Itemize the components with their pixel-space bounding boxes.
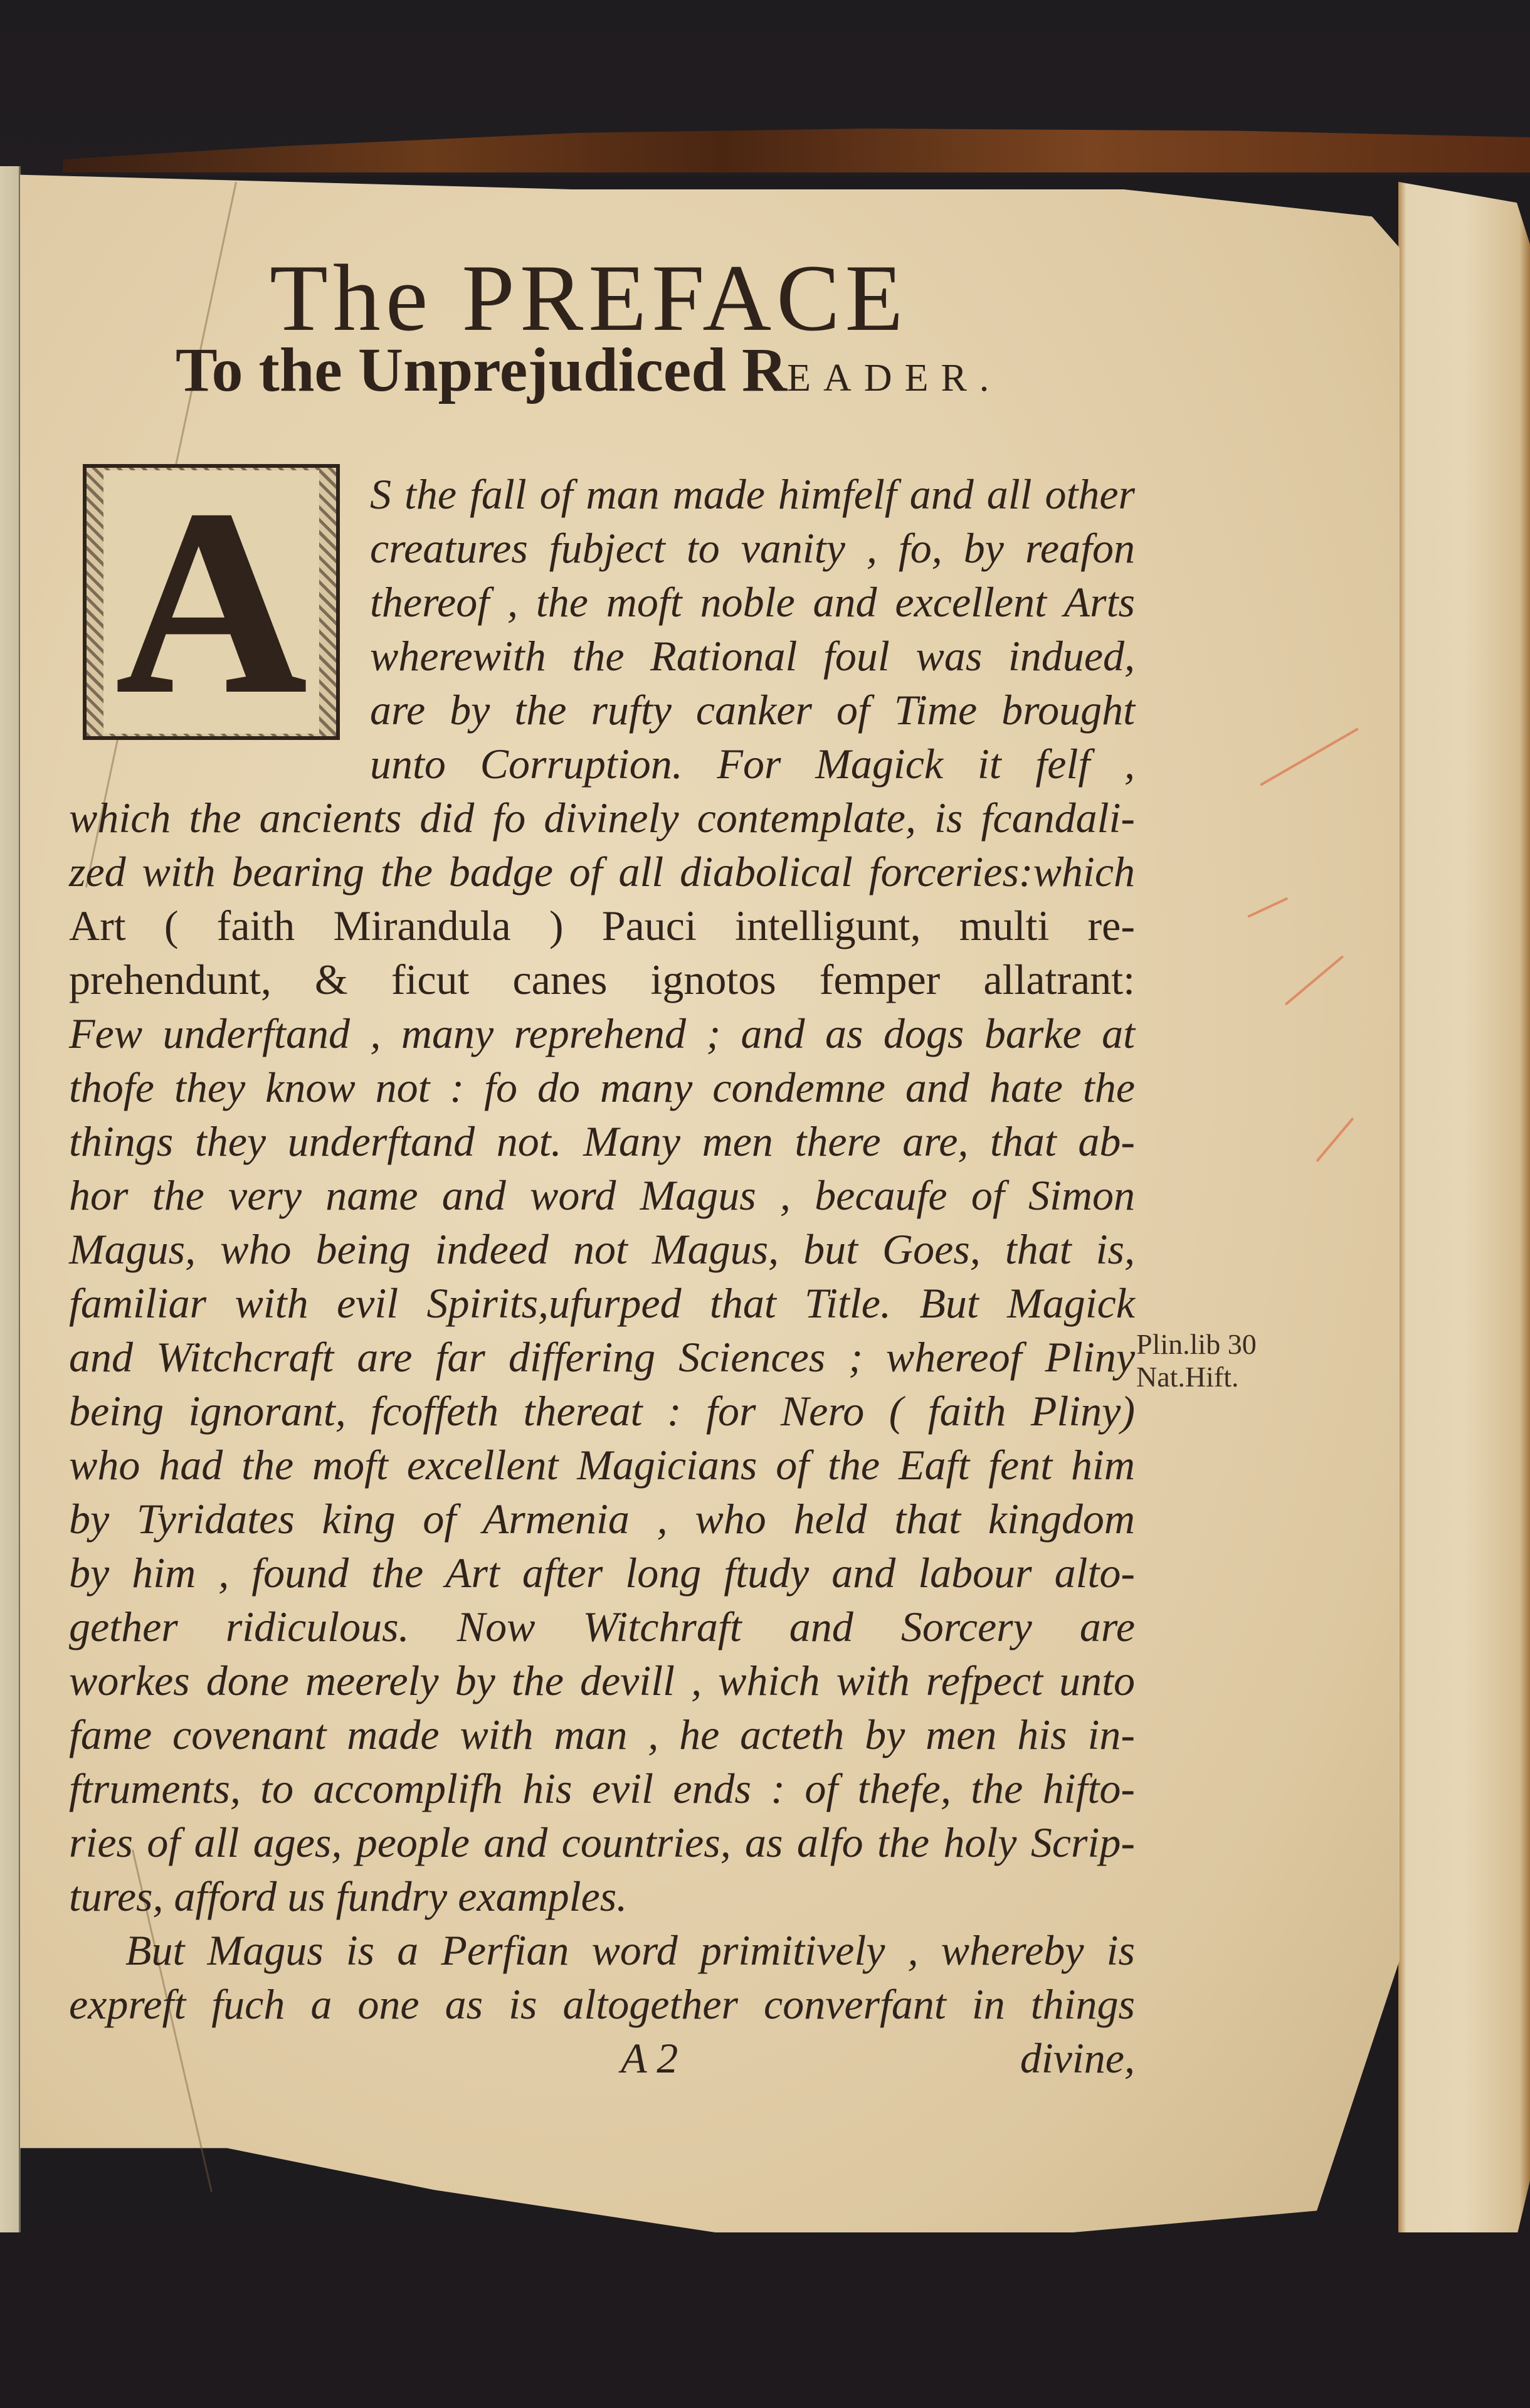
text-line: Few underftand , many reprehend ; and as… <box>69 1006 1135 1060</box>
text-line: tures, afford us fundry examples. <box>69 1869 1135 1923</box>
text-line: S the fall of man made himfelf and all o… <box>370 467 1135 521</box>
preface-body: S the fall of man made himfelf and all o… <box>69 467 1135 2085</box>
page-title: The PREFACE <box>270 248 959 348</box>
page-footer: A 2 divine, <box>69 2031 1135 2085</box>
text-line: thereof , the moft noble and excellent A… <box>370 575 1135 629</box>
text-line: But Magus is a Perfian word primitively … <box>125 1923 1135 1977</box>
text-line: prehendunt, & ficut canes ignotos femper… <box>69 953 1135 1006</box>
text-line: by him , found the Art after long ftudy … <box>69 1546 1135 1600</box>
text-line: zed with bearing the badge of all diabol… <box>69 845 1135 899</box>
signature-mark: A 2 <box>621 2031 678 2085</box>
text-line: unto Corruption. For Magick it felf , <box>370 737 1135 791</box>
marginal-note-line: Plin.lib 30 <box>1136 1328 1257 1361</box>
text-line: and Witchcraft are far differing Science… <box>69 1330 1135 1384</box>
page-subtitle: To the Unprejudiced READER. <box>176 335 1116 413</box>
text-line: creatures fubject to vanity , fo, by rea… <box>370 521 1135 575</box>
subtitle-reader: EADER. <box>787 357 1001 399</box>
catchword: divine, <box>1020 2031 1135 2085</box>
text-line: which the ancients did fo divinely conte… <box>69 791 1135 845</box>
underlying-page-edge <box>1398 182 1530 2264</box>
subtitle-lead: To the Unprejudiced <box>176 335 726 404</box>
text-line: thofe they know not : fo do many condemn… <box>69 1060 1135 1114</box>
text-line: are by the rufty canker of Time brought <box>370 683 1135 737</box>
text-line: expreft fuch a one as is altogether conv… <box>69 1977 1135 2031</box>
text-line: ries of all ages, people and countries, … <box>69 1815 1135 1869</box>
marginal-note-line: Nat.Hift. <box>1136 1361 1257 1393</box>
text-line: ftruments, to accomplifh his evil ends :… <box>69 1761 1135 1815</box>
dark-background-bottom <box>0 2232 1530 2408</box>
left-page-edge <box>0 166 21 2236</box>
subtitle-r: R <box>742 335 787 404</box>
text-line: being ignorant, fcoffeth thereat : for N… <box>69 1384 1135 1438</box>
text-line: Art ( faith Mirandula ) Pauci intelligun… <box>69 899 1135 953</box>
text-line: familiar with evil Spirits,ufurped that … <box>69 1276 1135 1330</box>
text-line: things they underftand not. Many men the… <box>69 1114 1135 1168</box>
marginal-note: Plin.lib 30 Nat.Hift. <box>1136 1328 1257 1393</box>
text-line: fame covenant made with man , he acteth … <box>69 1708 1135 1761</box>
text-line: workes done meerely by the devill , whic… <box>69 1654 1135 1708</box>
text-line: hor the very name and word Magus , becau… <box>69 1168 1135 1222</box>
text-line: who had the moft excellent Magicians of … <box>69 1438 1135 1492</box>
text-line: Magus, who being indeed not Magus, but G… <box>69 1222 1135 1276</box>
text-line: wherewith the Rational foul was indued, <box>370 629 1135 683</box>
text-line: by Tyridates king of Armenia , who held … <box>69 1492 1135 1546</box>
text-line: gether ridiculous. Now Witchraft and Sor… <box>69 1600 1135 1654</box>
